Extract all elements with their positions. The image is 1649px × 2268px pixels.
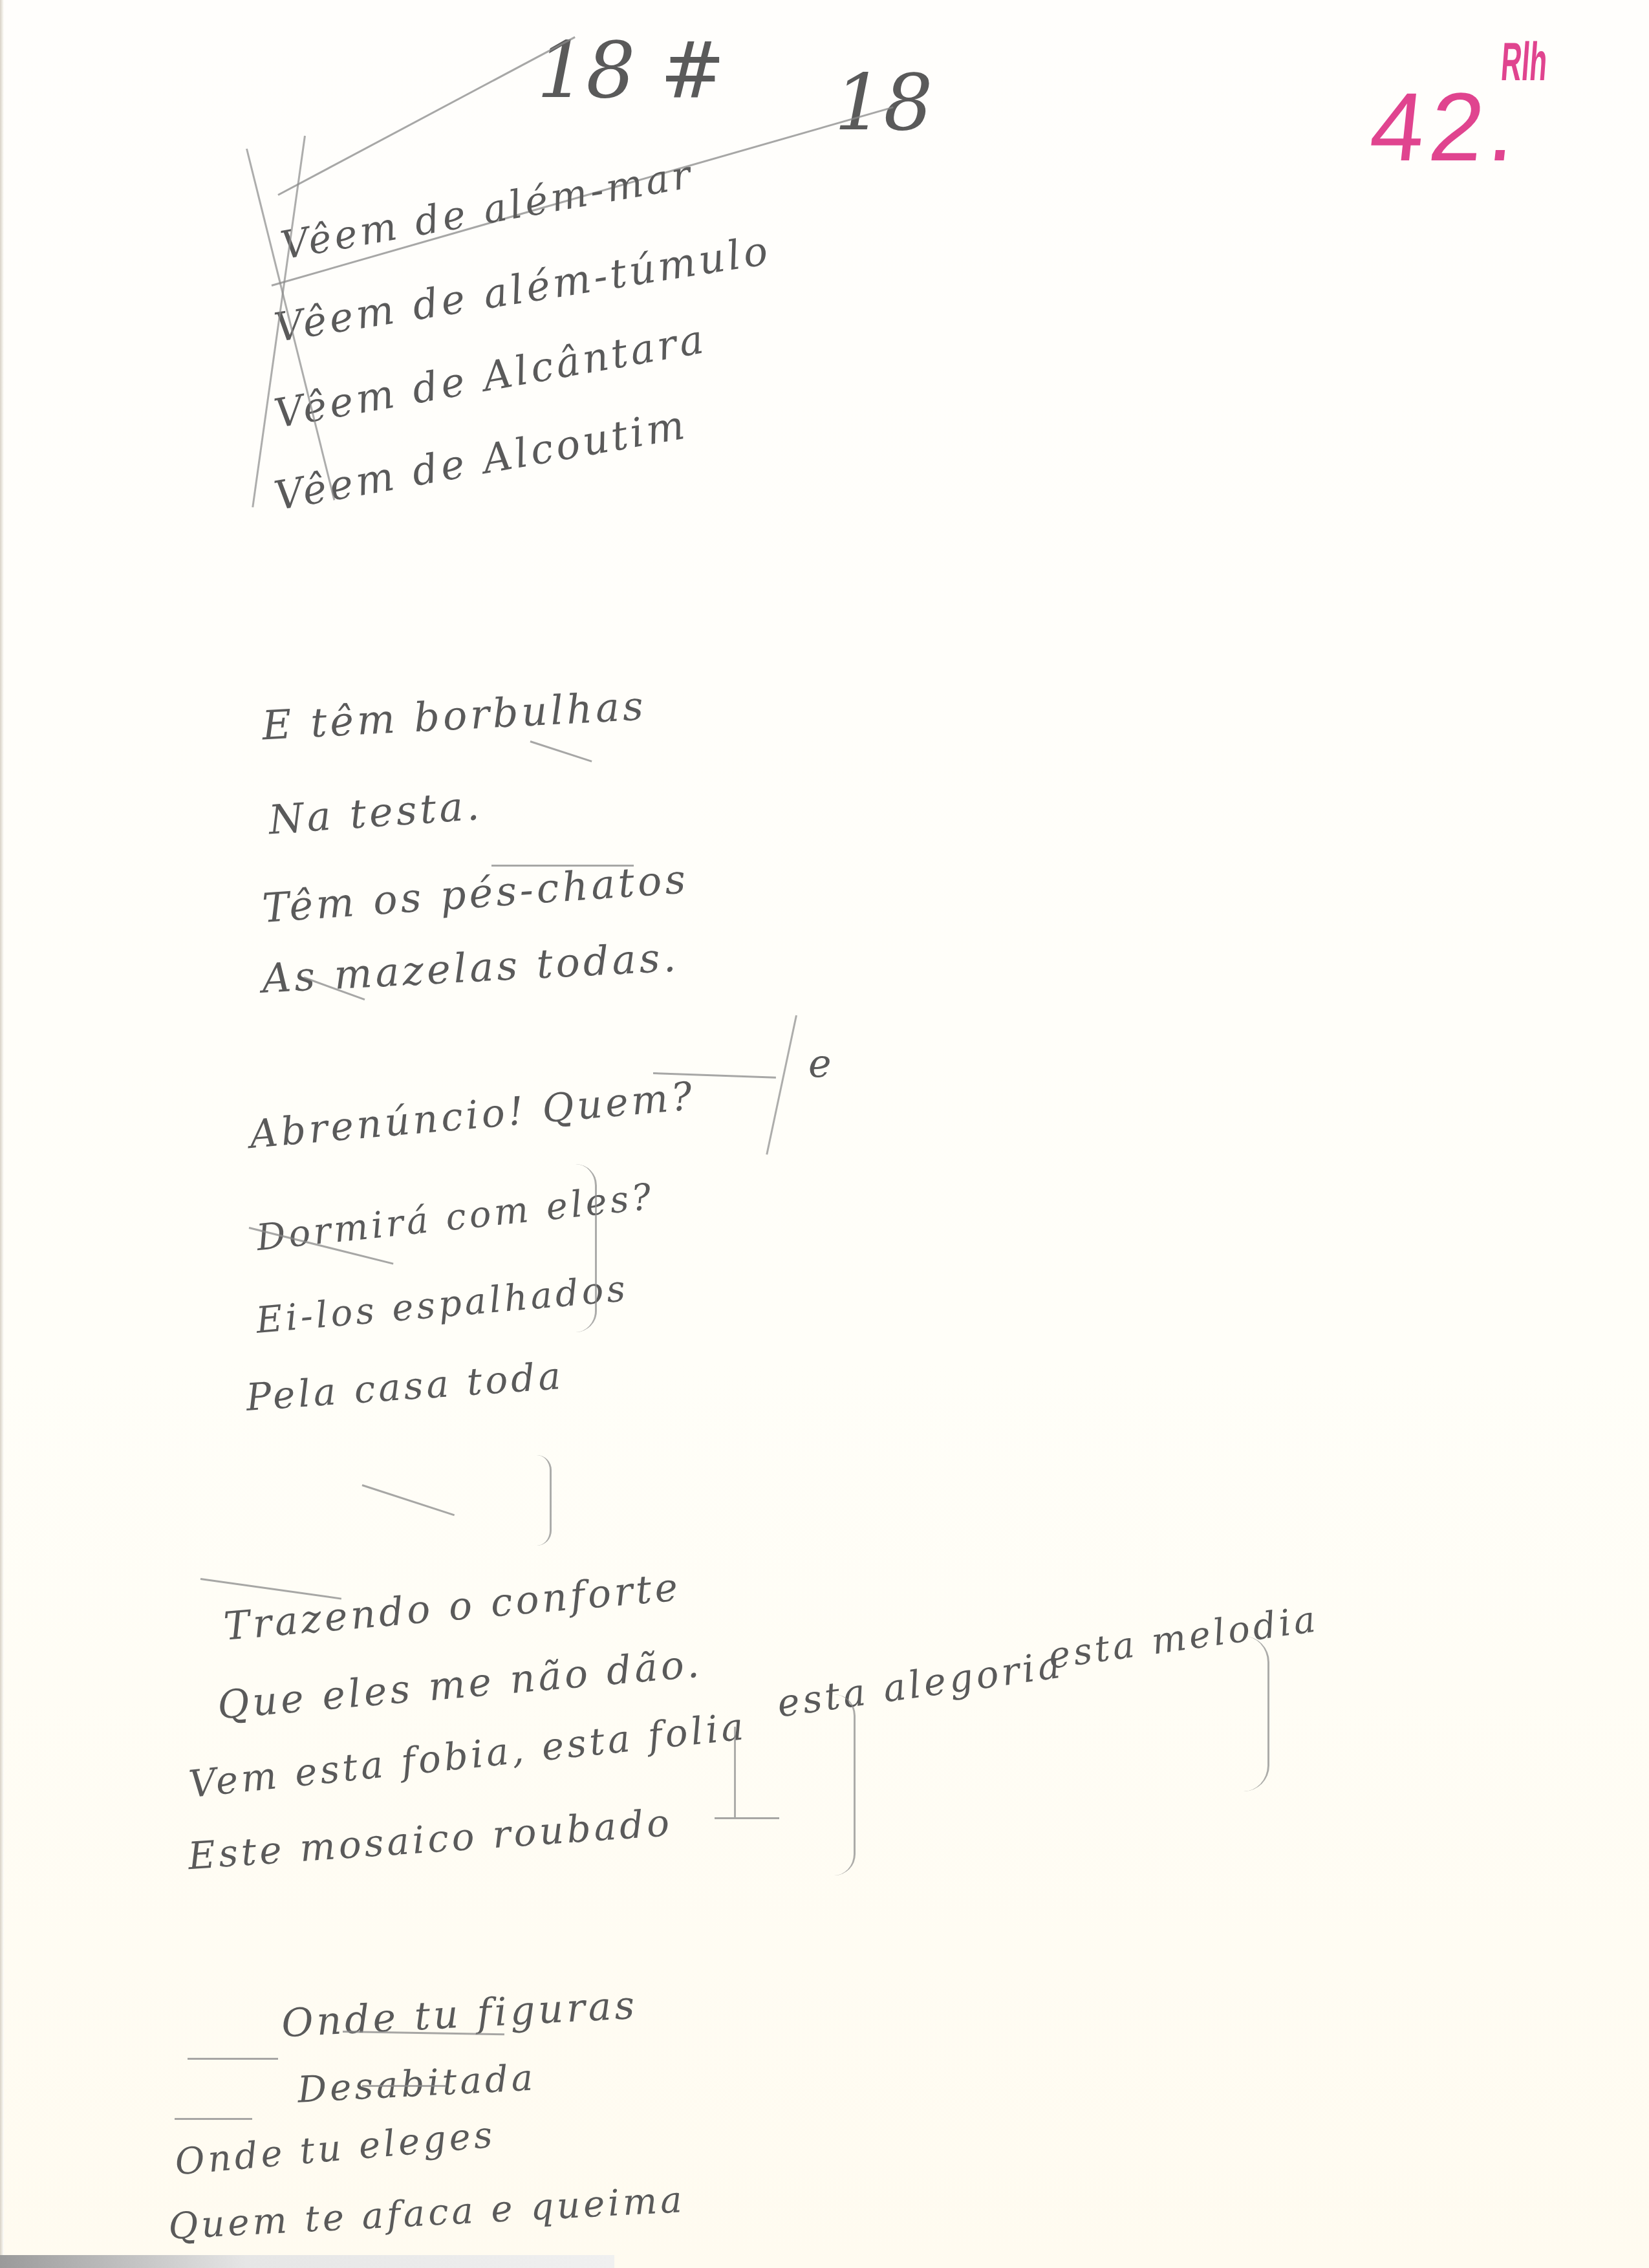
underline-stroke: [530, 740, 592, 762]
verse-line: Desabitada: [297, 2057, 537, 2111]
deletion-stroke: [362, 2085, 446, 2087]
insertion-bracket-stroke: [715, 1817, 779, 1819]
verse-line: Este mosaico roubado: [187, 1800, 674, 1878]
annotation-18: 18: [834, 58, 933, 148]
margin-addition: esta alegoria: [774, 1642, 1066, 1725]
verse-line: Quem te afaca e queima: [167, 2179, 686, 2248]
deletion-stroke: [188, 2058, 278, 2060]
scan-bottom-border: [0, 2255, 614, 2268]
insert-mark-e: e: [808, 1041, 832, 1086]
insert-vertical-stroke: [766, 1015, 797, 1155]
bracket-mark: [834, 1694, 856, 1875]
verse-line: Abrenúncio! Quem?: [248, 1074, 697, 1158]
verse-line: E têm borbulhas: [261, 682, 647, 749]
archivist-initials: Rlh: [1499, 32, 1549, 94]
bracket-mark: [537, 1455, 552, 1546]
scan-edge-shadow: [0, 0, 4, 2268]
annotation-18-hash: 18 #: [537, 26, 725, 116]
verse-line: Trazendo o conforte: [222, 1564, 682, 1650]
guide-stroke: [277, 36, 576, 196]
margin-addition: esta melodia: [1046, 1598, 1322, 1678]
deletion-stroke: [175, 2118, 252, 2120]
verse-line: As mazelas todas.: [261, 933, 680, 1002]
verse-line: Onde tu figuras: [281, 1983, 639, 2047]
underline-stroke: [362, 1484, 455, 1516]
bracket-mark: [1242, 1636, 1269, 1791]
verse-line: Pela casa toda: [244, 1354, 565, 1420]
verse-line: Na testa.: [267, 782, 484, 844]
verse-line: Onde tu eleges: [173, 2113, 497, 2183]
underline-stroke: [491, 865, 634, 867]
verse-line: Ei-los espalhados: [254, 1268, 630, 1342]
bracket-mark: [576, 1164, 597, 1332]
manuscript-page: 42. Rlh 18 # 18 Vêem de além-mar Vêem de…: [0, 0, 1649, 2268]
insertion-bracket-stroke: [734, 1727, 736, 1817]
